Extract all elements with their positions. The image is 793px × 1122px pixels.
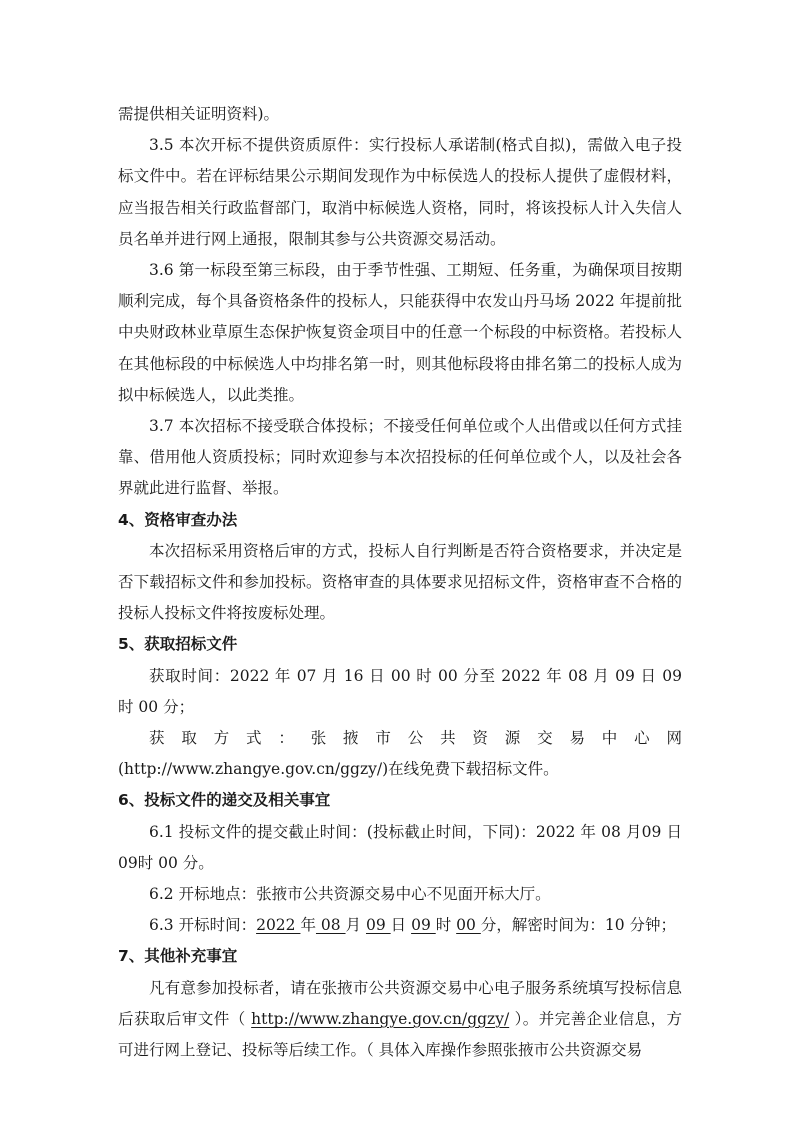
section-heading-5: 5、获取招标文件	[118, 629, 682, 660]
ggzy-website-link[interactable]: http://www.zhangye.gov.cn/ggzy/	[251, 1010, 509, 1028]
paragraph-continuation: 需提供相关证明资料)。	[118, 99, 682, 130]
paragraph-3-7: 3.7 本次招标不接受联合体投标；不接受任何单位或个人出借或以任何方式挂靠、借用…	[118, 411, 682, 505]
paragraph-6-3: 6.3 开标时间：2022 年 08 月 09 日 09 时 00 分，解密时间…	[118, 910, 682, 941]
section-heading-6: 6、投标文件的递交及相关事宜	[118, 785, 682, 816]
paragraph-7: 凡有意参加投标者，请在张掖市公共资源交易中心电子服务系统填写投标信息后获取后审文…	[118, 973, 682, 1067]
open-hour: 09	[411, 916, 436, 934]
paragraph-3-5: 3.5 本次开标不提供资质原件：实行投标人承诺制(格式自拟)，需做入电子投标文件…	[118, 130, 682, 255]
paragraph-3-6: 3.6 第一标段至第三标段，由于季节性强、工期短、任务重，为确保项目按期顺利完成…	[118, 255, 682, 411]
open-time-prefix: 6.3 开标时间：	[149, 916, 256, 934]
open-time-suffix: 分，解密时间为：10 分钟；	[481, 916, 676, 934]
section-heading-7: 7、其他补充事宜	[118, 941, 682, 972]
open-minute: 00	[456, 916, 481, 934]
section-heading-4: 4、资格审查办法	[118, 505, 682, 536]
open-month: 08	[316, 916, 346, 934]
paragraph-6-2: 6.2 开标地点：张掖市公共资源交易中心不见面开标大厅。	[118, 879, 682, 910]
open-month-unit: 月	[346, 916, 366, 934]
paragraph-5-method: 获取方式：张掖市公共资源交易中心网(http://www.zhangye.gov…	[118, 723, 682, 785]
paragraph-6-1: 6.1 投标文件的提交截止时间：(投标截止时间，下同)：2022 年 08 月0…	[118, 817, 682, 879]
open-hour-unit: 时	[436, 916, 456, 934]
document-page: 需提供相关证明资料)。 3.5 本次开标不提供资质原件：实行投标人承诺制(格式自…	[118, 99, 682, 1066]
open-year-unit: 年	[300, 916, 316, 934]
paragraph-4: 本次招标采用资格后审的方式，投标人自行判断是否符合资格要求，并决定是否下载招标文…	[118, 536, 682, 630]
paragraph-5-time: 获取时间：2022 年 07 月 16 日 00 时 00 分至 2022 年 …	[118, 661, 682, 723]
open-day-unit: 日	[391, 916, 411, 934]
open-year: 2022	[256, 916, 300, 934]
open-day: 09	[366, 916, 391, 934]
